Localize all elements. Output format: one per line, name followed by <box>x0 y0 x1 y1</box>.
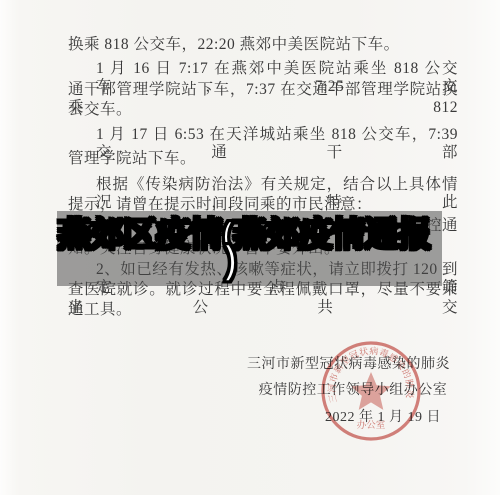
body-line: 管理学院站下车。 <box>68 150 196 168</box>
body-line: 公交车。 <box>68 101 132 119</box>
overlay-headline-line2: ) <box>224 238 237 283</box>
overlay-headline-line1: 燕郊区疫情(燕郊疫情通报 <box>57 207 430 256</box>
document-page: 换乘 818 公交车，22:20 燕郊中美医院站下车。 1 月 16 日 7:1… <box>0 0 500 495</box>
seal-bottom-text: 办公室 <box>357 419 386 431</box>
seal-star-icon <box>351 372 391 410</box>
official-seal: 三河市新型冠状病毒感染的肺炎疫情防控工作领导小组 办公室 <box>316 336 426 446</box>
body-line: 换乘 818 公交车，22:20 燕郊中美医院站下车。 <box>68 36 400 54</box>
body-line: 通工具。 <box>68 301 132 319</box>
